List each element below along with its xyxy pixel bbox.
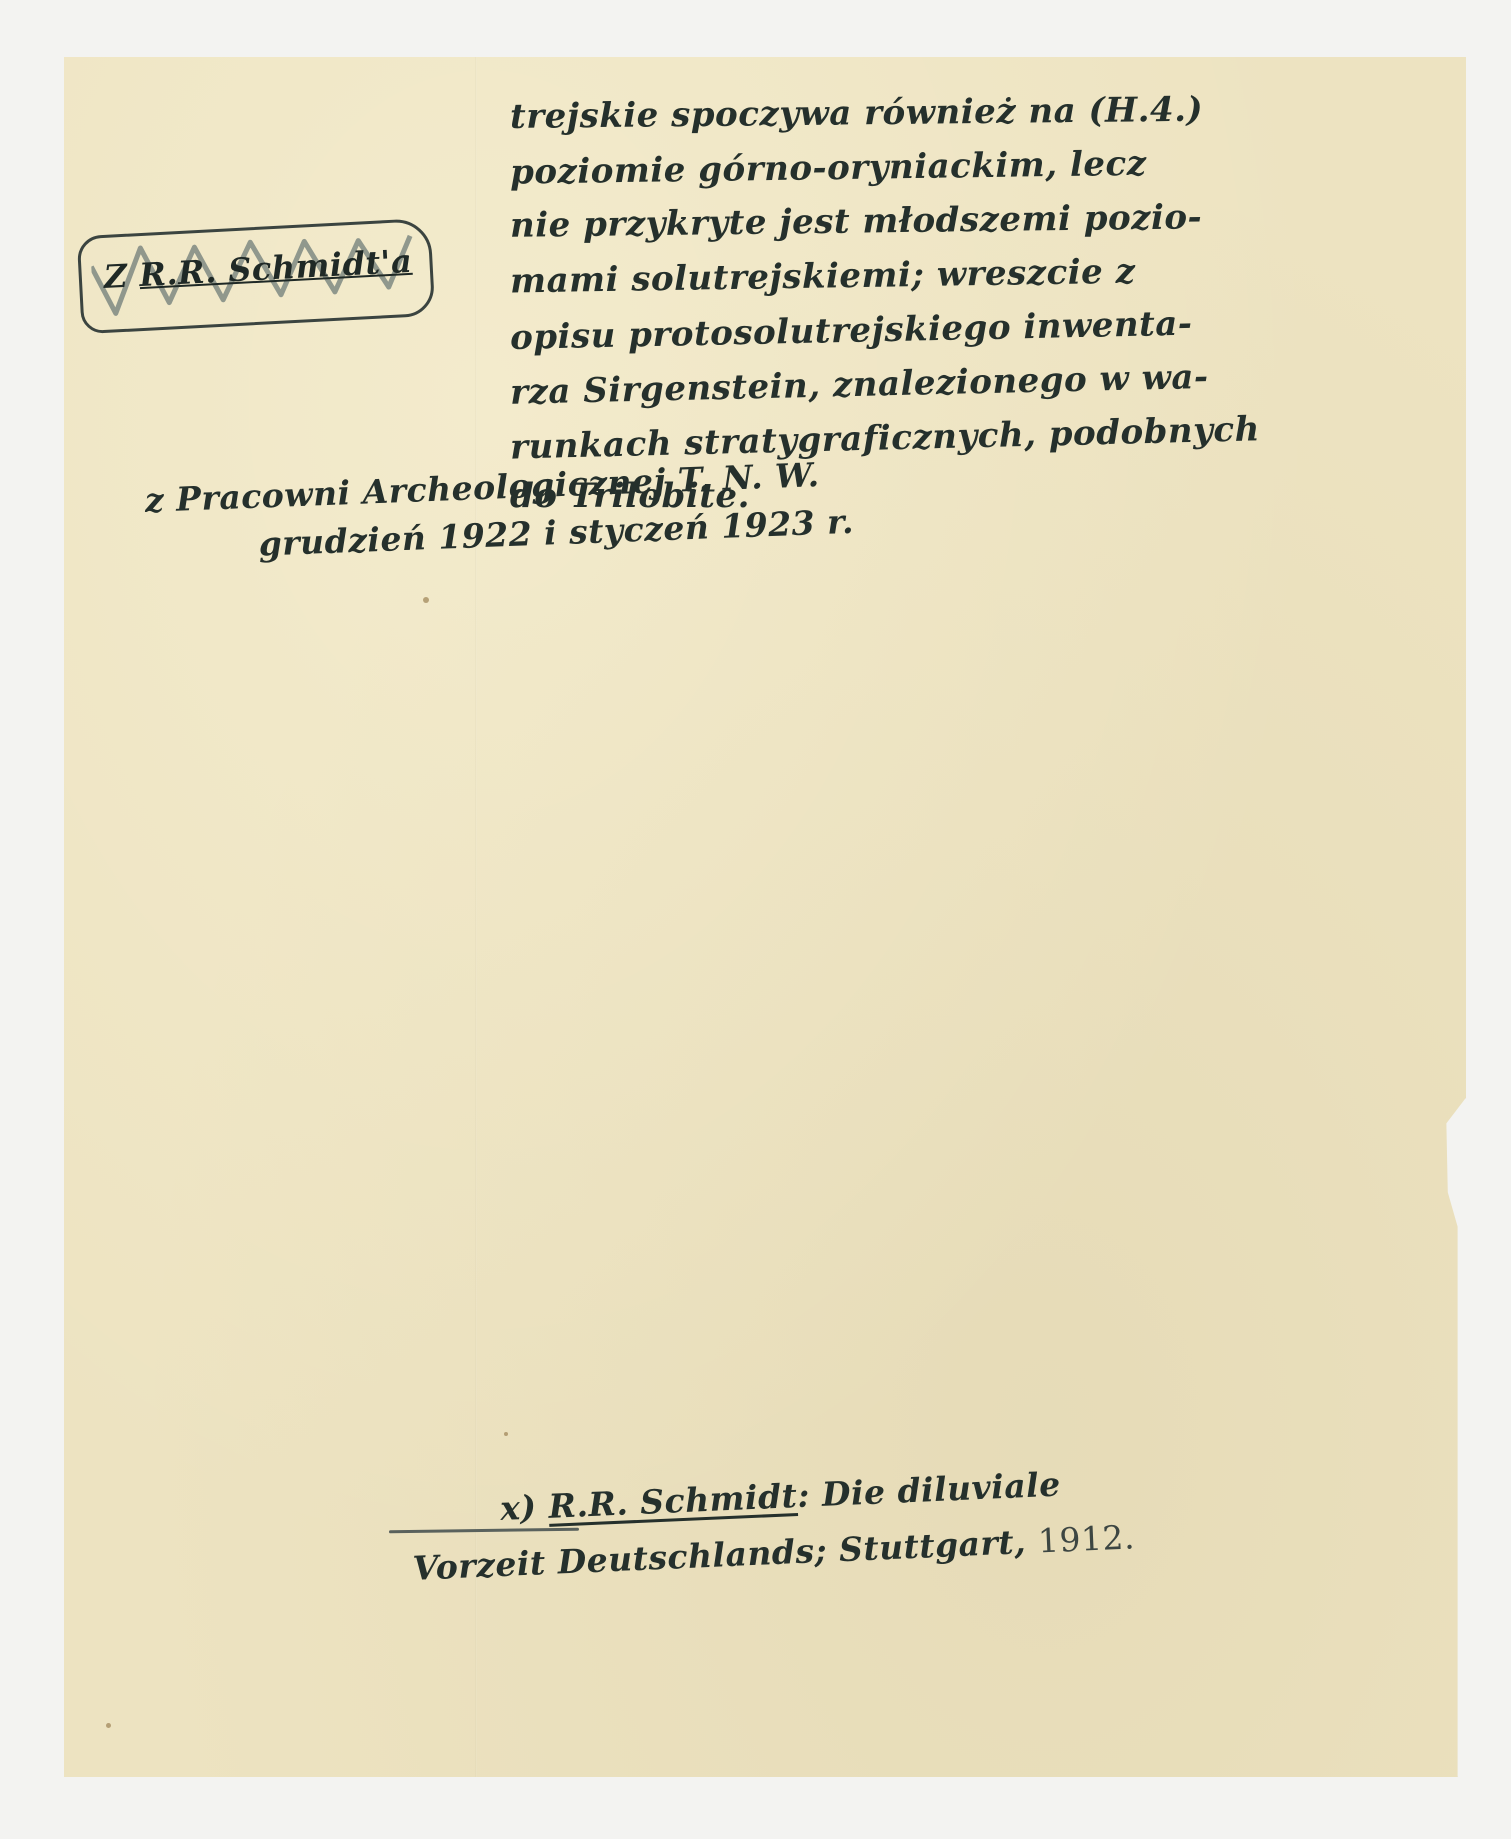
footnote-marker: x): [499, 1487, 537, 1528]
footnote: x) R.R. Schmidt: Die diluviale Vorzeit D…: [499, 1438, 1483, 1593]
credit-block: z Pracowni Archeologicznej T. N. W. grud…: [144, 442, 1047, 572]
footnote-author: R.R. Schmidt: [548, 1476, 798, 1526]
crossed-out-heading-box: Z R.R. Schmidt'a: [77, 218, 436, 334]
heading-prefix: Z: [103, 257, 129, 296]
manuscript-page: Z R.R. Schmidt'a trejskie spoczywa równi…: [64, 57, 1466, 1777]
footnote-title-part-1: : Die diluviale: [796, 1465, 1061, 1515]
paper-stain: [504, 1432, 508, 1436]
paper-stain: [423, 597, 429, 603]
footnote-year: 1912.: [1037, 1517, 1136, 1560]
paper-stain: [106, 1723, 111, 1728]
paper-fold-crease: [475, 57, 477, 1777]
